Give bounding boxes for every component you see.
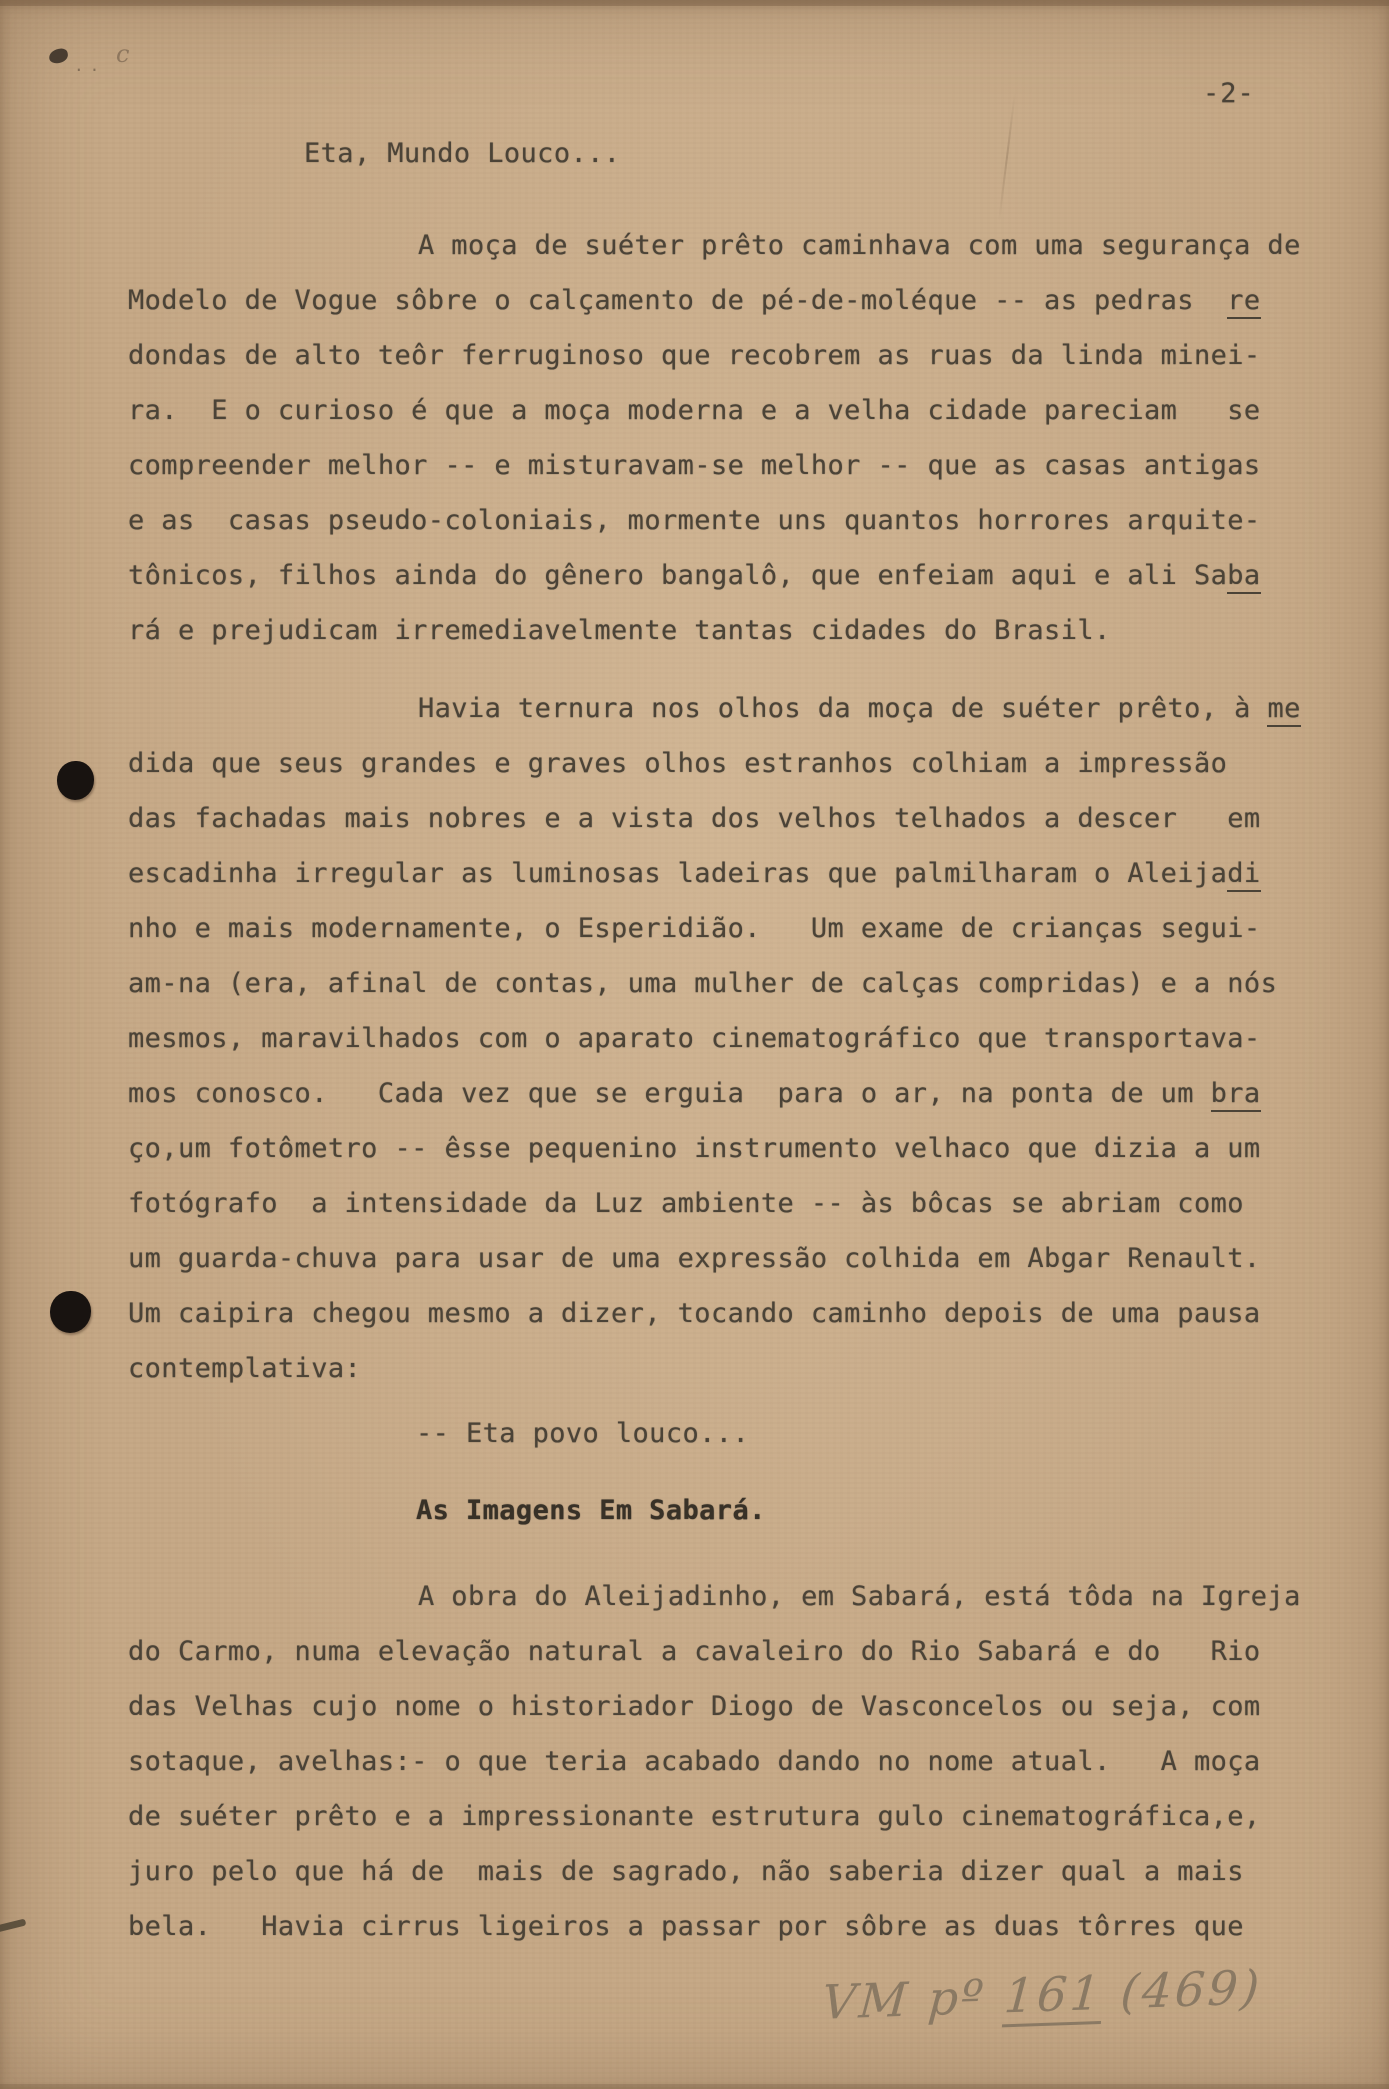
text-block-heading: As Imagens Em Sabará. (128, 1483, 1304, 1538)
typed-line: mos conosco. Cada vez que se erguia para… (128, 1066, 1304, 1121)
typed-text-segment: de suéter prêto e a impressionante estru… (128, 1801, 1261, 1832)
underlined-text: 161 (1002, 1966, 1105, 2028)
typed-text-segment: e as casas pseudo-coloniais, mormente un… (128, 505, 1261, 536)
typed-line: A moça de suéter prêto caminhava com uma… (128, 218, 1304, 273)
typed-line: dondas de alto teôr ferruginoso que reco… (128, 328, 1304, 383)
typed-text-segment: bela. Havia cirrus ligeiros a passar por… (128, 1911, 1244, 1942)
typed-text-segment: do Carmo, numa elevação natural a cavale… (128, 1636, 1261, 1667)
typed-text-segment: juro pelo que há de mais de sagrado, não… (128, 1856, 1244, 1887)
typed-line: rá e prejudicam irremediavelmente tantas… (128, 603, 1304, 658)
text-block-para: A obra do Aleijadinho, em Sabará, está t… (128, 1569, 1304, 1954)
faint-pen-mark: c (116, 40, 129, 68)
text-block-para: A moça de suéter prêto caminhava com uma… (128, 218, 1304, 658)
edge-smudge (0, 1918, 26, 1932)
typed-line: e as casas pseudo-coloniais, mormente un… (128, 493, 1304, 548)
text-block-dialogue: -- Eta povo louco... (128, 1406, 1304, 1461)
typed-text-segment: das Velhas cujo nome o historiador Diogo… (128, 1691, 1261, 1722)
typed-line: um guarda-chuva para usar de uma express… (128, 1231, 1304, 1286)
typed-line: Modelo de Vogue sôbre o calçamento de pé… (128, 273, 1304, 328)
typed-line: tônicos, filhos ainda do gênero bangalô,… (128, 548, 1304, 603)
typed-line: bela. Havia cirrus ligeiros a passar por… (128, 1899, 1304, 1954)
typed-line: juro pelo que há de mais de sagrado, não… (128, 1844, 1304, 1899)
typed-text-segment: rá e prejudicam irremediavelmente tantas… (128, 615, 1111, 646)
underlined-text: me (1267, 693, 1300, 727)
typescript-page: .. c -2- Eta, Mundo Louco...A moça de su… (0, 0, 1389, 2089)
typed-line: nho e mais modernamente, o Esperidião. U… (128, 901, 1304, 956)
typed-line: am-na (era, afinal de contas, uma mulher… (128, 956, 1304, 1011)
typed-text-segment: escadinha irregular as luminosas ladeira… (128, 858, 1227, 889)
typed-line: das Velhas cujo nome o historiador Diogo… (128, 1679, 1304, 1734)
typed-text-segment: compreender melhor -- e misturavam-se me… (128, 450, 1261, 481)
typed-text-segment: ço,um fotômetro -- êsse pequenino instru… (128, 1133, 1261, 1164)
underlined-text: bra (1211, 1078, 1261, 1112)
typed-text-segment: tônicos, filhos ainda do gênero bangalô,… (128, 560, 1227, 591)
typed-line: contemplativa: (128, 1341, 1304, 1396)
page-top-edge (0, 0, 1389, 6)
typed-text-segment: sotaque, avelhas:- o que teria acabado d… (128, 1746, 1261, 1777)
typed-line: A obra do Aleijadinho, em Sabará, está t… (128, 1569, 1304, 1624)
underlined-text: di (1227, 858, 1260, 892)
typed-line: Um caipira chegou mesmo a dizer, tocando… (128, 1286, 1304, 1341)
typed-text-segment: -- Eta povo louco... (416, 1418, 749, 1449)
typed-text-segment: dida que seus grandes e graves olhos est… (128, 748, 1227, 779)
handwritten-note: VM pº 161 (469) (820, 1960, 1264, 2031)
page-bottom-edge (0, 2084, 1389, 2089)
typed-text-segment: VM pº (820, 1969, 1006, 2031)
typed-text-segment: Modelo de Vogue sôbre o calçamento de pé… (128, 285, 1227, 316)
ink-blot (48, 47, 69, 64)
typed-line: Havia ternura nos olhos da moça de suéte… (128, 681, 1304, 736)
typed-line: das fachadas mais nobres e a vista dos v… (128, 791, 1304, 846)
typed-text-segment: mos conosco. Cada vez que se erguia para… (128, 1078, 1211, 1109)
typed-text-segment: fotógrafo a intensidade da Luz ambiente … (128, 1188, 1244, 1219)
underlined-text: re (1227, 285, 1260, 319)
typed-line: dida que seus grandes e graves olhos est… (128, 736, 1304, 791)
typed-line: Eta, Mundo Louco... (304, 126, 1304, 181)
typed-text-segment: A obra do Aleijadinho, em Sabará, está t… (418, 1581, 1301, 1612)
typed-text-segment: As Imagens Em Sabará. (416, 1495, 766, 1526)
typed-text-segment: ra. E o curioso é que a moça moderna e a… (128, 395, 1261, 426)
typed-line: ço,um fotômetro -- êsse pequenino instru… (128, 1121, 1304, 1176)
typed-line: fotógrafo a intensidade da Luz ambiente … (128, 1176, 1304, 1231)
typed-line: As Imagens Em Sabará. (416, 1483, 1304, 1538)
typed-text-segment: contemplativa: (128, 1353, 361, 1384)
punch-hole-top (57, 761, 94, 800)
typed-line: escadinha irregular as luminosas ladeira… (128, 846, 1304, 901)
underlined-text: ba (1227, 560, 1260, 594)
typed-text: Eta, Mundo Louco...A moça de suéter prêt… (128, 126, 1304, 1954)
typed-text-segment: am-na (era, afinal de contas, uma mulher… (128, 968, 1277, 999)
text-block-para: Havia ternura nos olhos da moça de suéte… (128, 681, 1304, 1396)
typed-text-segment: A moça de suéter prêto caminhava com uma… (418, 230, 1301, 261)
typed-text-segment: nho e mais modernamente, o Esperidião. U… (128, 913, 1261, 944)
typed-text-segment: (469) (1101, 1960, 1264, 2021)
typed-text-segment: um guarda-chuva para usar de uma express… (128, 1243, 1261, 1274)
ink-specks: .. (74, 56, 114, 64)
typed-line: ra. E o curioso é que a moça moderna e a… (128, 383, 1304, 438)
typed-line: de suéter prêto e a impressionante estru… (128, 1789, 1304, 1844)
typed-text-segment: das fachadas mais nobres e a vista dos v… (128, 803, 1261, 834)
typed-line: mesmos, maravilhados com o aparato cinem… (128, 1011, 1304, 1066)
page-number: -2- (1203, 78, 1255, 109)
text-block-title: Eta, Mundo Louco... (128, 126, 1304, 181)
typed-line: compreender melhor -- e misturavam-se me… (128, 438, 1304, 493)
typed-text-segment: Eta, Mundo Louco... (304, 138, 620, 169)
punch-hole-bottom (50, 1291, 91, 1333)
typed-line: do Carmo, numa elevação natural a cavale… (128, 1624, 1304, 1679)
typed-text-segment: Um caipira chegou mesmo a dizer, tocando… (128, 1298, 1261, 1329)
typed-text-segment: dondas de alto teôr ferruginoso que reco… (128, 340, 1261, 371)
typed-text-segment: mesmos, maravilhados com o aparato cinem… (128, 1023, 1261, 1054)
typed-line: sotaque, avelhas:- o que teria acabado d… (128, 1734, 1304, 1789)
typed-line: -- Eta povo louco... (416, 1406, 1304, 1461)
typed-text-segment: Havia ternura nos olhos da moça de suéte… (418, 693, 1267, 724)
